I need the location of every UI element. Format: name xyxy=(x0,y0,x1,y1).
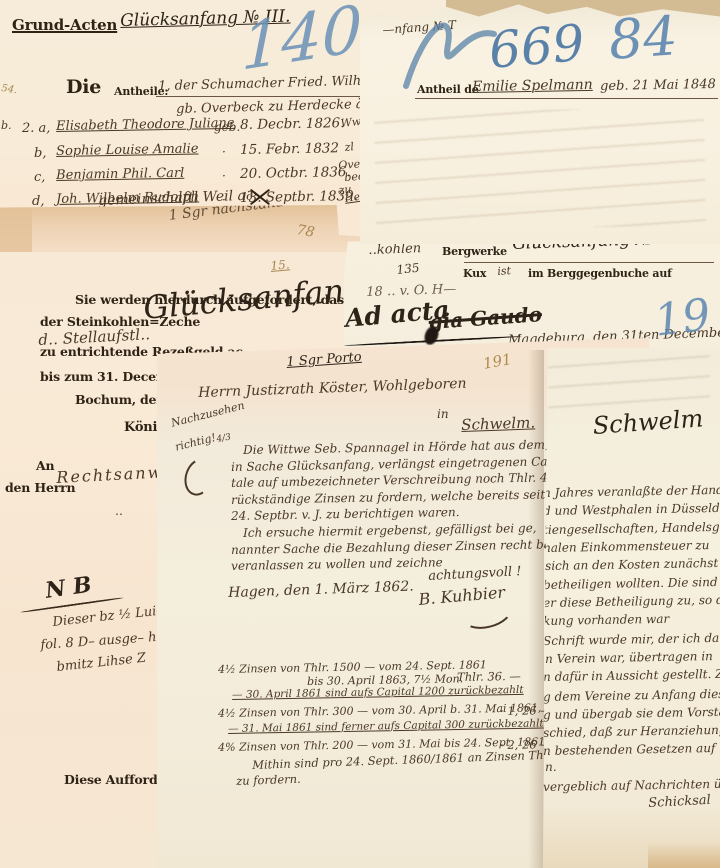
letter-body-line: veranlassen zu wollen und zeichne xyxy=(231,556,443,572)
calc-line-repaid: — 31. Mai 1861 sind ferner aufs Capital … xyxy=(228,718,544,734)
antheil-holder-name: Emilie Spelmann xyxy=(472,78,593,94)
page-body-line: n Verein war, übertragen in xyxy=(545,650,713,665)
side-note: zl xyxy=(344,141,354,153)
margin-paraph xyxy=(180,455,218,500)
hand-zeche-name: Glücksanfang xyxy=(142,273,366,324)
page-body-line: sich an den Kosten zunächst einer xyxy=(545,556,720,572)
printed-bochum-line: Bochum, den xyxy=(75,394,165,407)
registry-ist-word: ist xyxy=(497,265,511,277)
letter-body-line: 24. Septbr. v. J. zu berichtigen waren. xyxy=(231,506,460,522)
calc-value: Thlr. 36. — xyxy=(457,671,521,684)
antheil-rule xyxy=(415,98,718,99)
page-body-line: d und Westphalen in Düsseldorf di xyxy=(543,501,720,517)
entry-row-index: d, xyxy=(32,195,44,208)
hand-dots: ‥ xyxy=(115,505,123,517)
letter-place: Schwelm. xyxy=(461,415,535,433)
entry-row-name: Sophie Louise Amalie xyxy=(56,143,199,158)
blue-number-19: 19 xyxy=(652,293,713,343)
entry-row-index: c, xyxy=(34,171,45,184)
entry-row-index: 2. a, xyxy=(22,122,50,135)
bleedthrough-writing xyxy=(374,107,706,231)
registry-bergwerke-label: Bergwerke xyxy=(442,246,507,257)
ad-acta-scrawl: gia Gaudo xyxy=(428,304,543,332)
page-body-line: g dem Vereine zu Anfang dies, xyxy=(543,688,720,703)
letter-body-line: rückständige Zinsen zu fordern, welche b… xyxy=(231,489,545,506)
letter-addressee: Herrn Justizrath Köster, Wohlgeboren xyxy=(198,377,467,400)
bottom-partial-line: gemeinschaftl Weil a∂ xyxy=(98,189,253,208)
page-body-signoff: Schicksal xyxy=(648,794,711,810)
entry-row-index: b, xyxy=(34,147,46,160)
page-body-line: schied, daß zur Heranziehung xyxy=(543,724,720,739)
nota-bene-mark: N B xyxy=(44,574,93,602)
page-edge-shadow xyxy=(528,350,544,868)
printed-an-label: An xyxy=(36,460,54,473)
antheil-label: Antheil de xyxy=(417,84,479,95)
calc-line-repaid: — 30. April 1861 sind aufs Capital 1200 … xyxy=(232,685,524,701)
nb-note-line: Dieser bz ½ Lui– xyxy=(52,604,163,628)
page-body-line: n Jahres veranlaßte der Handelsk xyxy=(543,483,720,499)
antheile-initial: Die xyxy=(66,78,101,97)
page-body-line: nalen Einkommensteuer zu xyxy=(543,539,709,554)
entry-row-date: 15. Febr. 1832 xyxy=(240,142,339,157)
page-body-line: vergeblich auf Nachrichten über d xyxy=(543,777,720,793)
document-collage: 1 Sgr nachstand 78 Grund-Acten Glücksanf… xyxy=(0,0,720,868)
margin-note-nachzusehen: Nachzusehen xyxy=(170,400,246,429)
entry-row-date: 8. Decbr. 1826. xyxy=(240,117,345,132)
page-body-line: n bestehenden Gesetzen auf xyxy=(543,742,716,757)
corner-shade xyxy=(648,842,720,868)
page-body-line: n dafür in Aussicht gestellt. Zu, xyxy=(543,668,720,683)
pencil-number-15: 15. xyxy=(270,258,290,272)
entry-row-name: Elisabeth Theodore Juliane xyxy=(56,117,235,133)
letter-body-line: Die Wittwe Seb. Spannagel in Hörde hat a… xyxy=(243,439,549,456)
blue-number-84: 84 xyxy=(607,9,679,68)
pencil-number-191: 191 xyxy=(482,352,513,372)
porto-note: 1 Sgr Porto xyxy=(286,351,362,369)
page-body-line: Schrift wurde mir, der ich damals xyxy=(543,631,720,647)
page-body-line: tiengesellschaften, Handelsgesellsch xyxy=(543,520,720,536)
nb-note-line: fol. 8 D– ausge– het xyxy=(40,630,170,652)
registry-kux-label: Kux xyxy=(463,268,486,279)
entry-row-date: 20. Octbr. 1836. xyxy=(240,166,351,181)
entry-row-geb: · xyxy=(222,146,226,158)
entry-row-geb: · xyxy=(222,170,226,182)
calc-value: · 1, 26 — xyxy=(500,705,552,717)
margin-file-number: 54. xyxy=(1,84,18,96)
registry-rule xyxy=(464,262,714,263)
registry-buch-label: im Berggegenbuche auf xyxy=(528,268,672,279)
letter-body-line: nannter Sache die Bezahlung dieser Zinse… xyxy=(231,538,562,556)
sheet-antheil: —nfang № T 669 84 Antheil de Emilie Spel… xyxy=(360,2,720,244)
letter-date-line: Hagen, den 1. März 1862. xyxy=(228,580,414,600)
blue-number-669: 669 xyxy=(487,18,586,76)
schwelm-heading: Schwelm xyxy=(592,406,704,438)
entry-row-geb: geb. xyxy=(214,121,240,133)
nb-note-line: bmitz Lihse Z xyxy=(56,652,147,674)
page-body-line: betheiligen wollten. Die sind ein= xyxy=(543,575,720,591)
margin-note-richtig: richtig! xyxy=(174,432,217,453)
page-body-line: n. xyxy=(545,761,557,773)
sheet-schwelm-page: Schwelm n Jahres veranlaßte der Handelsk… xyxy=(542,348,720,868)
calc-total-line2: zu fordern. xyxy=(236,774,301,788)
registry-pre-word: ‥kohlen xyxy=(368,242,421,257)
entry-row-name: Benjamin Phil. Carl xyxy=(56,167,184,182)
page-body-line: kung vorhanden war xyxy=(543,613,669,627)
page-body-line: g und übergab sie dem Vorstan xyxy=(543,706,720,721)
page-body-line: er diese Betheiligung zu, so daß xyxy=(543,594,720,609)
letter-body-line: Ich ersuche hiermit ergebenst, gefälligs… xyxy=(243,522,537,539)
letter-closing: achtungsvoll ! xyxy=(428,565,522,583)
grund-acten-label: Grund-Acten xyxy=(12,18,117,33)
margin-fraction: 4/3 xyxy=(216,433,232,444)
registry-kux-count: 135 xyxy=(396,262,420,276)
blue-number-140: 140 xyxy=(241,0,363,81)
antheil-birth-date: geb. 21 Mai 1848 xyxy=(600,78,716,93)
strip-pencil-number: 78 xyxy=(296,223,316,240)
letter-in-word: in xyxy=(437,408,449,420)
margin-letter: b. xyxy=(1,120,12,131)
